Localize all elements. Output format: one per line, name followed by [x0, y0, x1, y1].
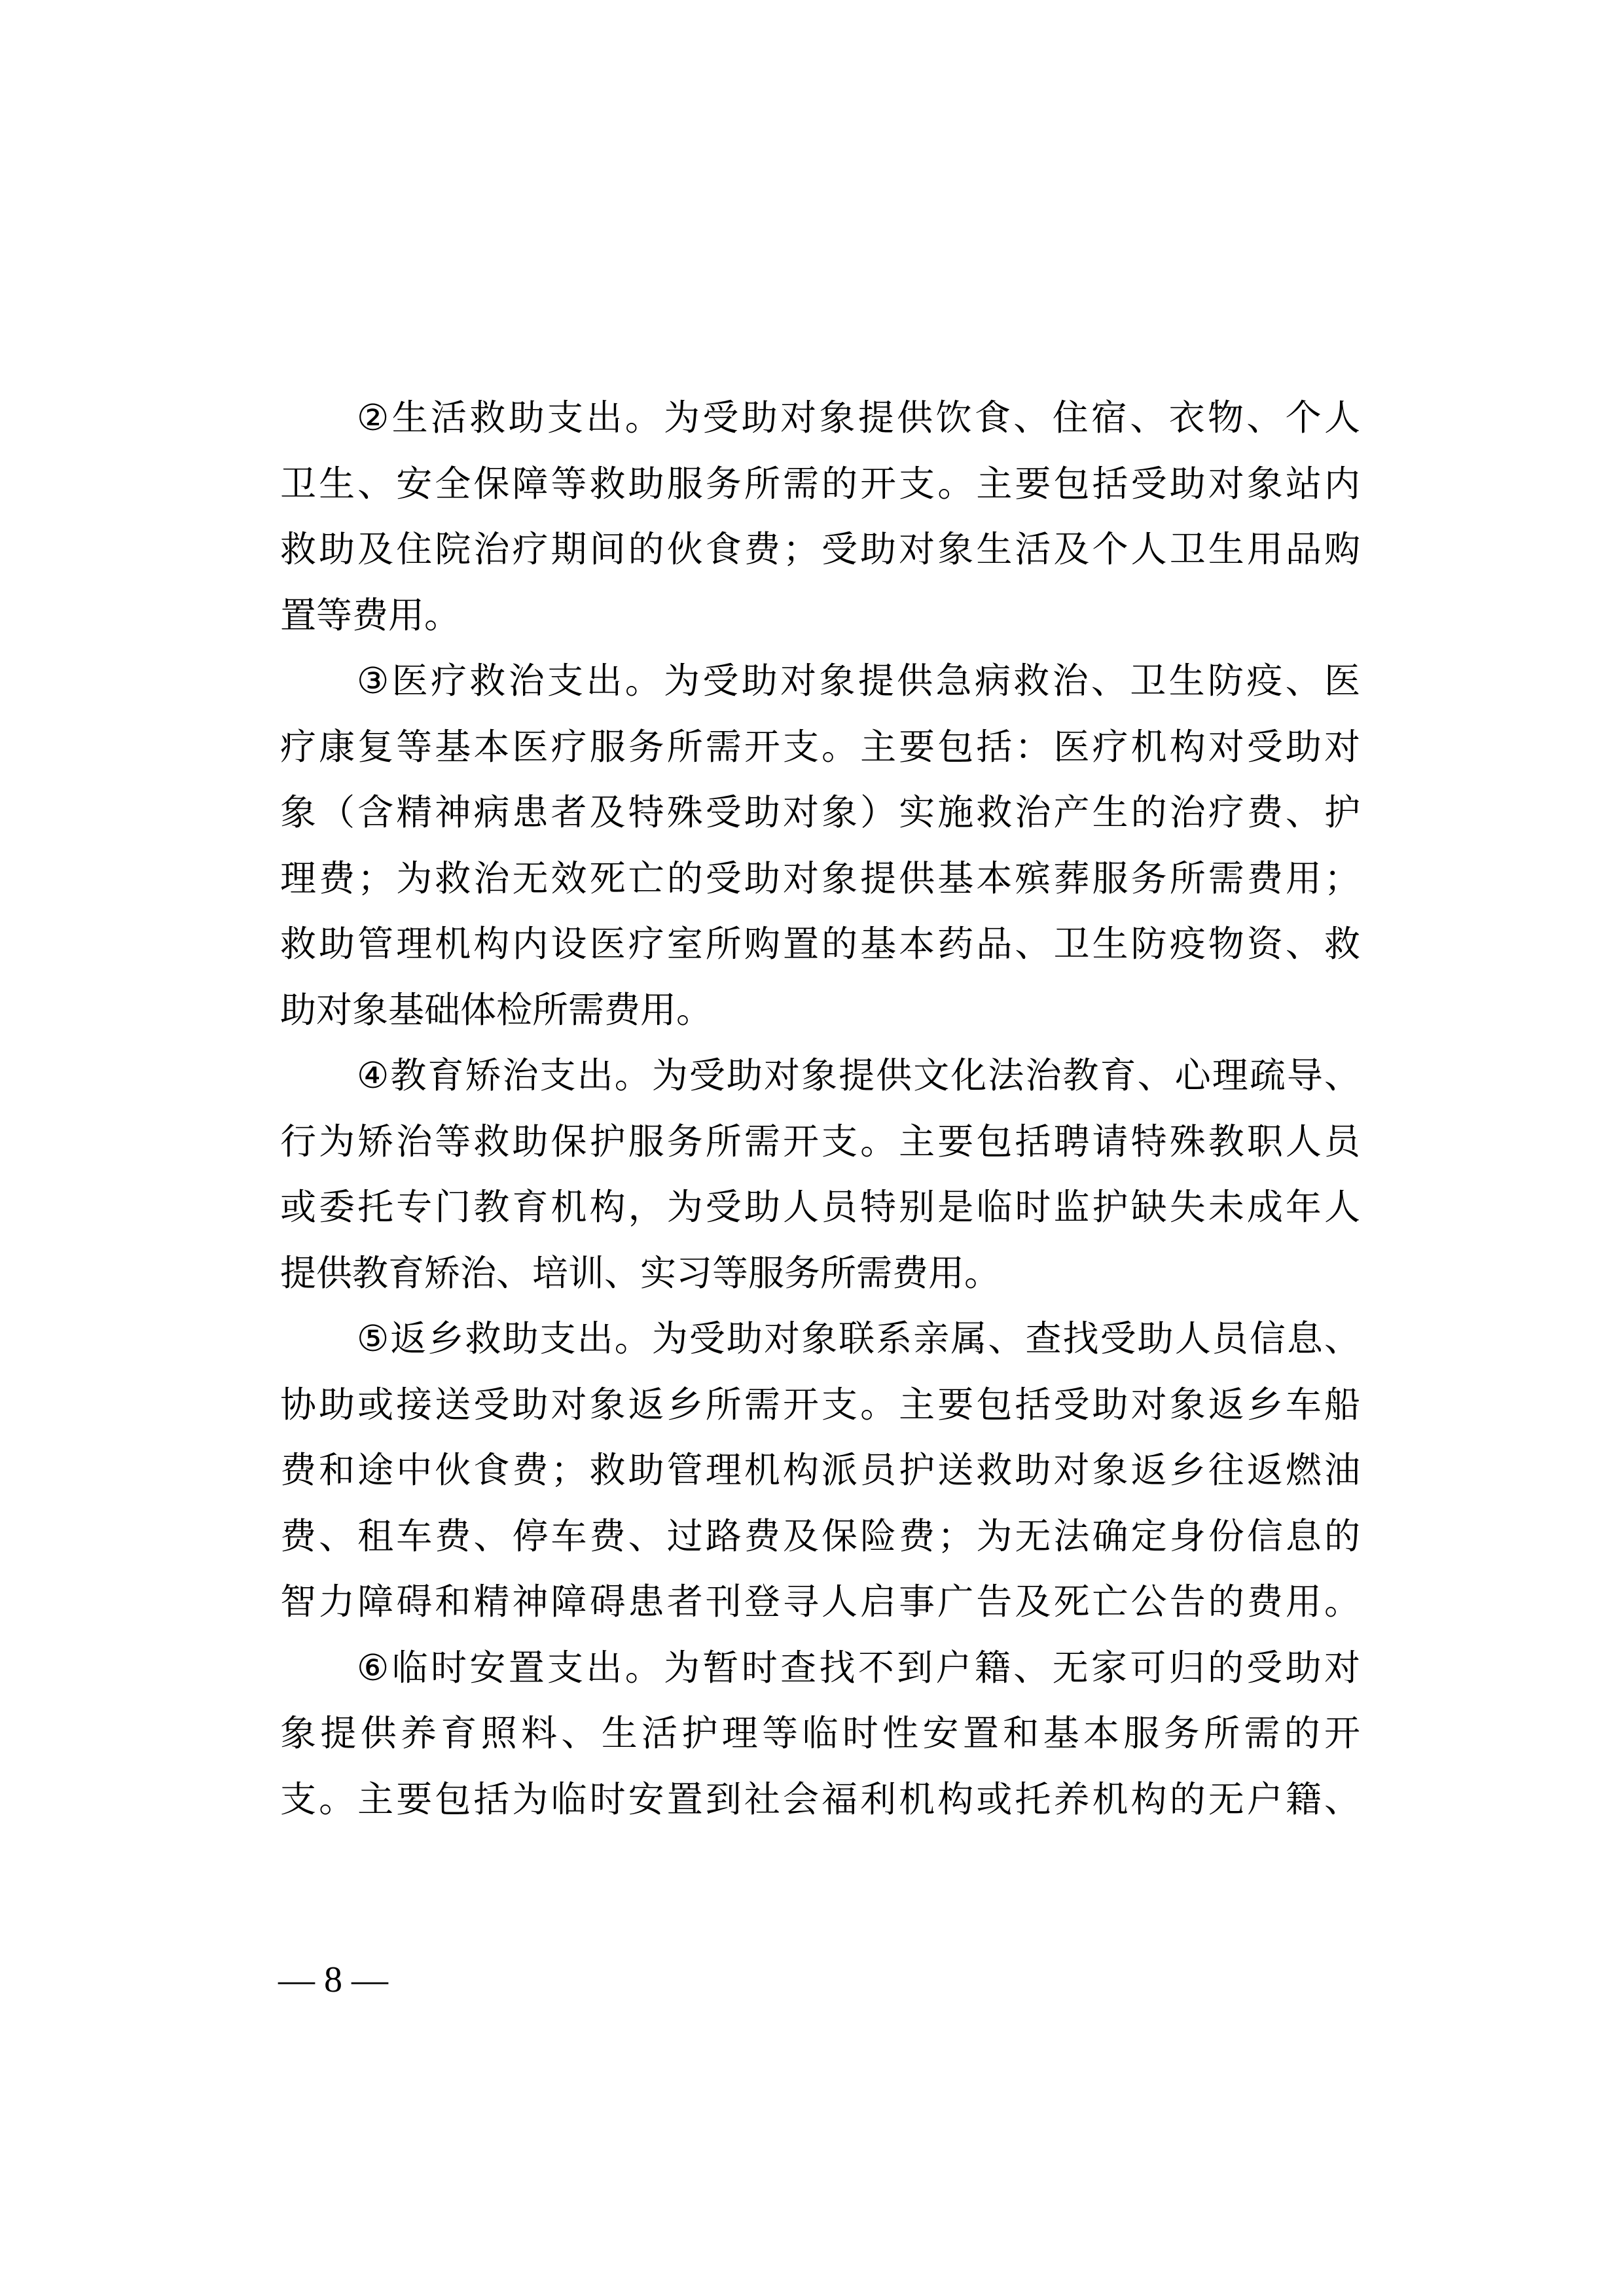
- paragraph-return-home: ⑤返乡救助支出。为受助对象联系亲属、查找受助人员信息、 协助或接送受助对象返乡所…: [280, 1306, 1360, 1635]
- text-line: ⑥临时安置支出。为暂时查找不到户籍、无家可归的受助对: [280, 1635, 1360, 1701]
- paragraph-education-correction: ④教育矫治支出。为受助对象提供文化法治教育、心理疏导、 行为矫治等救助保护服务所…: [280, 1043, 1360, 1306]
- text-line: 卫生、安全保障等救助服务所需的开支。主要包括受助对象站内: [280, 451, 1360, 517]
- text-line: 象（含精神病患者及特殊受助对象）实施救治产生的治疗费、护: [280, 780, 1360, 846]
- paragraph-living-assistance: ②生活救助支出。为受助对象提供饮食、住宿、衣物、个人 卫生、安全保障等救助服务所…: [280, 385, 1360, 648]
- text-line: 费、租车费、停车费、过路费及保险费；为无法确定身份信息的: [280, 1503, 1360, 1570]
- text-line: 提供教育矫治、培训、实习等服务所需费用。: [280, 1240, 1360, 1306]
- document-page: ②生活救助支出。为受助对象提供饮食、住宿、衣物、个人 卫生、安全保障等救助服务所…: [0, 0, 1624, 2296]
- text-line: ②生活救助支出。为受助对象提供饮食、住宿、衣物、个人: [280, 385, 1360, 451]
- text-line: 置等费用。: [280, 583, 1360, 649]
- text-line: 智力障碍和精神障碍患者刊登寻人启事广告及死亡公告的费用。: [280, 1569, 1360, 1635]
- paragraph-temporary-placement: ⑥临时安置支出。为暂时查找不到户籍、无家可归的受助对 象提供养育照料、生活护理等…: [280, 1635, 1360, 1833]
- text-line: 费和途中伙食费；救助管理机构派员护送救助对象返乡往返燃油: [280, 1437, 1360, 1503]
- text-line: 协助或接送受助对象返乡所需开支。主要包括受助对象返乡车船: [280, 1372, 1360, 1438]
- text-line: 理费；为救治无效死亡的受助对象提供基本殡葬服务所需费用；: [280, 846, 1360, 912]
- body-text: ②生活救助支出。为受助对象提供饮食、住宿、衣物、个人 卫生、安全保障等救助服务所…: [280, 385, 1360, 1832]
- text-line: ⑤返乡救助支出。为受助对象联系亲属、查找受助人员信息、: [280, 1306, 1360, 1372]
- text-line: 疗康复等基本医疗服务所需开支。主要包括：医疗机构对受助对: [280, 714, 1360, 780]
- text-line: 救助及住院治疗期间的伙食费；受助对象生活及个人卫生用品购: [280, 516, 1360, 583]
- text-line: 行为矫治等救助保护服务所需开支。主要包括聘请特殊教职人员: [280, 1109, 1360, 1175]
- page-number: — 8 —: [278, 1957, 388, 2003]
- paragraph-medical-treatment: ③医疗救治支出。为受助对象提供急病救治、卫生防疫、医 疗康复等基本医疗服务所需开…: [280, 648, 1360, 1043]
- text-line: 救助管理机构内设医疗室所购置的基本药品、卫生防疫物资、救: [280, 911, 1360, 977]
- text-line: 或委托专门教育机构，为受助人员特别是临时监护缺失未成年人: [280, 1174, 1360, 1240]
- text-line: 助对象基础体检所需费用。: [280, 977, 1360, 1043]
- text-line: 象提供养育照料、生活护理等临时性安置和基本服务所需的开: [280, 1700, 1360, 1767]
- text-line: 支。主要包括为临时安置到社会福利机构或托养机构的无户籍、: [280, 1767, 1360, 1833]
- text-line: ④教育矫治支出。为受助对象提供文化法治教育、心理疏导、: [280, 1043, 1360, 1109]
- text-line: ③医疗救治支出。为受助对象提供急病救治、卫生防疫、医: [280, 648, 1360, 714]
